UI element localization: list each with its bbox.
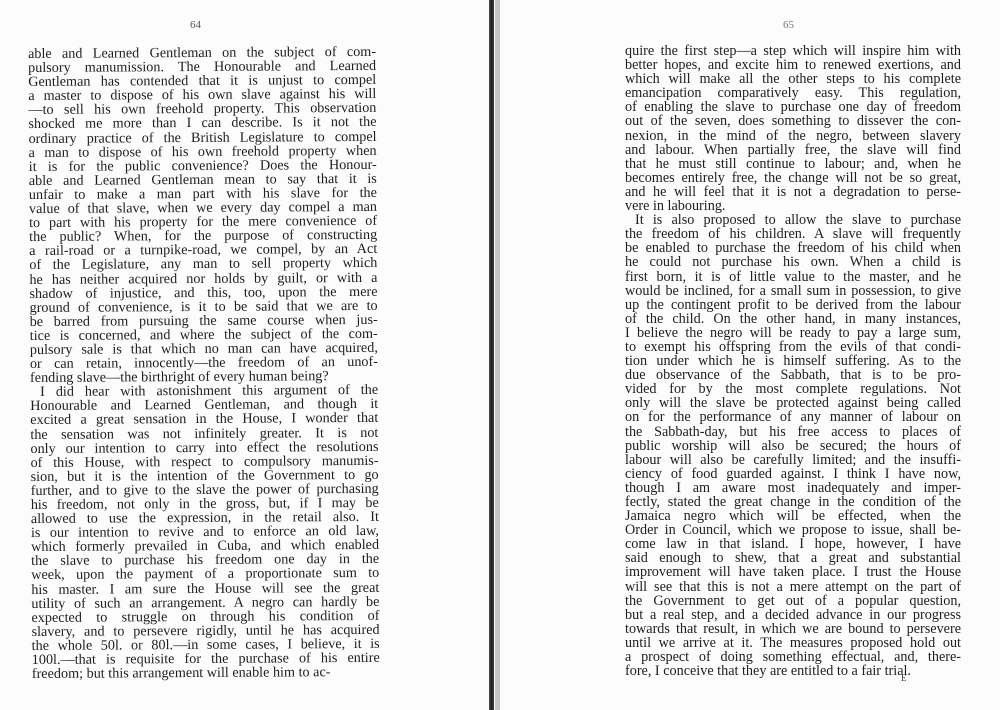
text-line: fectly, stated the great change in the c… xyxy=(625,495,961,509)
text-line: Jamaica negro which will be effected, wh… xyxy=(625,509,961,523)
book-gutter-shadow xyxy=(489,0,494,710)
text-line: becomes entirely free, the change will n… xyxy=(625,171,961,185)
text-line: It is also proposed to allow the slave t… xyxy=(625,213,961,227)
text-line: of enabling the slave to purchase one da… xyxy=(625,100,961,114)
text-line: improvement will have taken place. I tru… xyxy=(625,565,961,579)
right-page-text: quire the first step—a step which will i… xyxy=(625,44,961,678)
text-line: which will make all the other steps to h… xyxy=(625,72,961,86)
signature-mark: E xyxy=(901,673,907,683)
text-line: be enabled to purchase the freedom of hi… xyxy=(625,241,961,255)
text-line: vere in labouring. xyxy=(625,199,961,213)
text-line: until we arrive at it. The measures prop… xyxy=(625,636,961,650)
text-line: up the contingent profit to be derived f… xyxy=(625,298,961,312)
text-line: only will the slave be protected against… xyxy=(625,396,961,410)
text-line: and he will feel that it is not a degrad… xyxy=(625,185,961,199)
text-line: vided for by the most complete regulatio… xyxy=(625,382,961,396)
text-line: due observance of the Sabbath, that is t… xyxy=(625,368,961,382)
text-line: quire the first step—a step which will i… xyxy=(625,44,961,58)
text-line: to exempt his offspring from the evils o… xyxy=(625,340,961,354)
text-line: Order in Council, which we propose to is… xyxy=(625,523,961,537)
text-line: ciency of food guarded against. I think … xyxy=(625,467,961,481)
text-line: the Government to get out of a popular q… xyxy=(625,594,961,608)
text-line: fore, I conceive that they are entitled … xyxy=(625,664,961,678)
text-line: towards that result, in which we are bou… xyxy=(625,622,961,636)
text-line: and labour. When partially free, the sla… xyxy=(625,143,961,157)
text-line: the freedom of his children. A slave wil… xyxy=(625,227,961,241)
text-line: but a real step, and a decided advance i… xyxy=(625,608,961,622)
text-line: emancipation comparatively easy. This re… xyxy=(625,86,961,100)
text-line: of the child. On the other hand, in many… xyxy=(625,312,961,326)
text-line: tion under which he is himself suffering… xyxy=(625,354,961,368)
text-line: he could not purchase his own. When a ch… xyxy=(625,255,961,269)
text-line: on for the performance of any manner of … xyxy=(625,410,961,424)
text-line: the Sabbath-day, but his free access to … xyxy=(625,425,961,439)
text-line: come law in that island. I hope, however… xyxy=(625,537,961,551)
text-line: freedom; but this arrangement will enabl… xyxy=(32,665,380,681)
text-line: better hopes, and excite him to renewed … xyxy=(625,58,961,72)
left-page: 64 able and Learned Gentleman on the sub… xyxy=(0,0,490,710)
text-line: public worship will also be secured; the… xyxy=(625,439,961,453)
text-line: first born, it is of little value to the… xyxy=(625,270,961,284)
text-line: labour will also be carefully limited; a… xyxy=(625,453,961,467)
text-line: would be inclined, for a small sum in po… xyxy=(625,284,961,298)
text-line: a prospect of doing something effectual,… xyxy=(625,650,961,664)
text-line: out of the seven, does something to diss… xyxy=(625,114,961,128)
text-line: I believe the negro will be ready to pay… xyxy=(625,326,961,340)
page-number: 64 xyxy=(190,19,201,31)
text-line: nexion, in the mind of the negro, betwee… xyxy=(625,129,961,143)
text-line: said enough to shew, that a great and su… xyxy=(625,551,961,565)
text-line: though I am aware most inadequately and … xyxy=(625,481,961,495)
right-page: 65 quire the first step—a step which wil… xyxy=(500,0,1000,710)
text-line: will see that this is not a mere attempt… xyxy=(625,580,961,594)
page-number: 65 xyxy=(783,19,794,31)
left-page-text: able and Learned Gentleman on the subjec… xyxy=(28,45,380,681)
text-line: that he must still continue to labour; a… xyxy=(625,157,961,171)
